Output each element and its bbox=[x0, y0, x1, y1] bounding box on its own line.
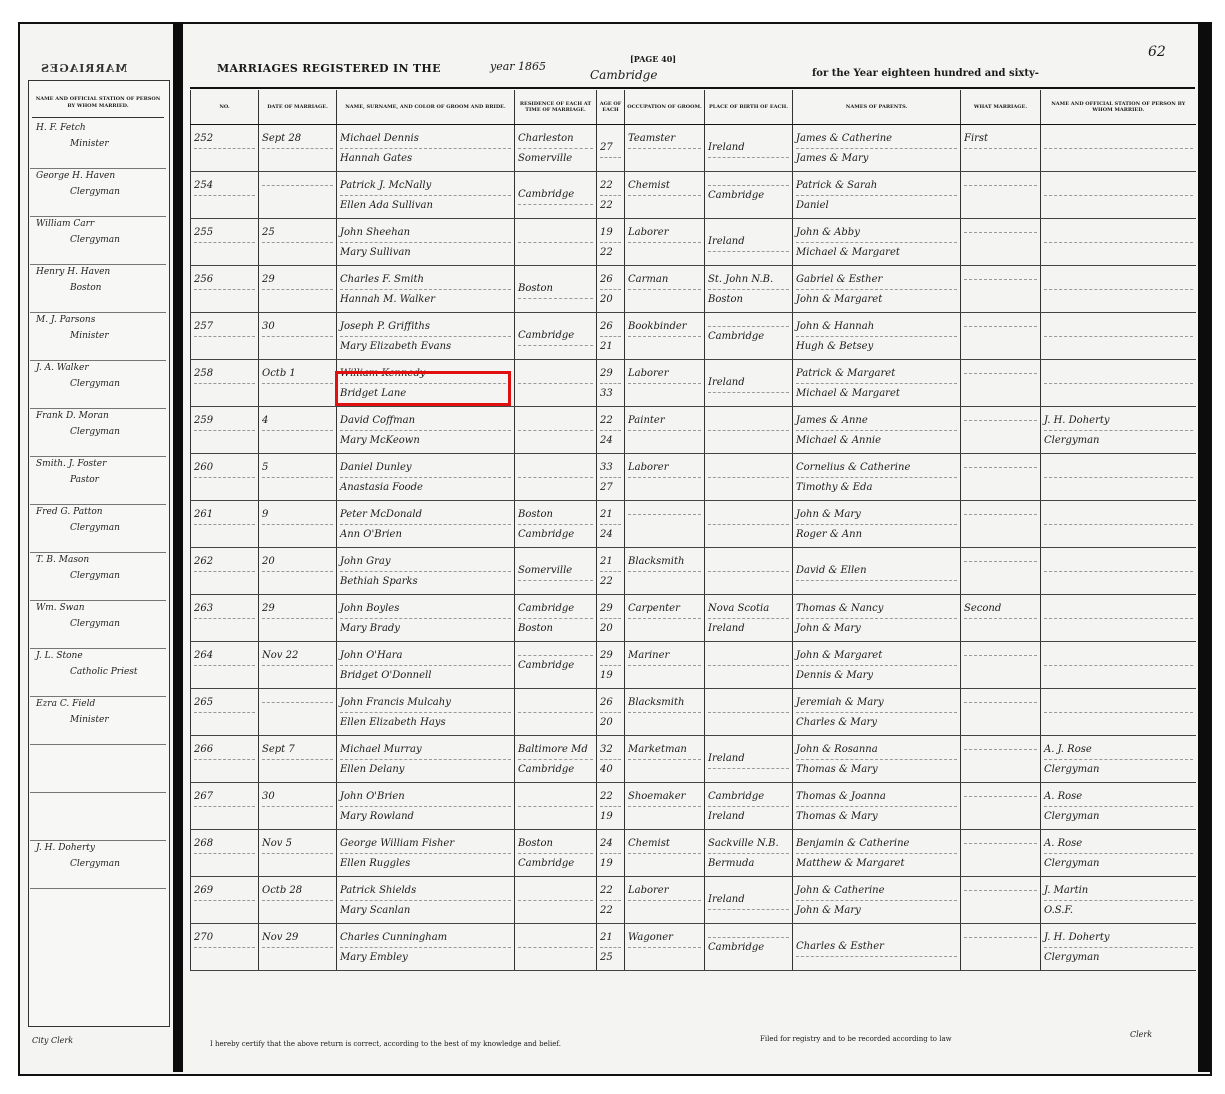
filed-note: Filed for registry and to be recorded ac… bbox=[760, 1035, 952, 1043]
couple-names-line2: Bethiah Sparks bbox=[340, 572, 511, 591]
marriage-order-cell bbox=[961, 548, 1041, 595]
birthplace-line1: Nova Scotia bbox=[708, 599, 789, 619]
column-header: Residence of Each at Time of Marriage. bbox=[515, 90, 597, 125]
occupation-cell: Laborer bbox=[625, 360, 705, 407]
parents-line1: Patrick & Margaret bbox=[796, 364, 957, 384]
ages-line2: 19 bbox=[600, 854, 621, 873]
ages-line1: 21 bbox=[600, 505, 621, 525]
stub-entry: Smith. J. FosterPastor bbox=[30, 456, 166, 505]
occupation-cell: Carman bbox=[625, 266, 705, 313]
parents-cell: Charles & Esther bbox=[793, 924, 961, 971]
parents-cell: Patrick & MargaretMichael & Margaret bbox=[793, 360, 961, 407]
entry-number-line2 bbox=[194, 149, 255, 168]
occupation-line1: Blacksmith bbox=[628, 552, 701, 572]
column-headers: No.Date of Marriage.Name, Surname, and C… bbox=[191, 90, 1196, 125]
officiant-line2: Clergyman bbox=[1044, 760, 1193, 779]
occupation-line2 bbox=[628, 290, 701, 309]
couple-names-line1: John O'Hara bbox=[340, 646, 511, 666]
couple-names-cell: David CoffmanMary McKeown bbox=[337, 407, 515, 454]
occupation-line1: Laborer bbox=[628, 223, 701, 243]
officiant-line1 bbox=[1044, 571, 1193, 572]
entry-number-line2 bbox=[194, 196, 255, 215]
entry-number-cell: 267 bbox=[191, 783, 259, 830]
ages-cell: 2933 bbox=[597, 360, 625, 407]
parents-cell: Jeremiah & MaryCharles & Mary bbox=[793, 689, 961, 736]
entry-number-line1: 265 bbox=[194, 693, 255, 713]
officiant-cell bbox=[1041, 125, 1196, 172]
parents-cell: John & HannahHugh & Betsey bbox=[793, 313, 961, 360]
entry-number-cell: 270 bbox=[191, 924, 259, 971]
officiant-cell: J. H. DohertyClergyman bbox=[1041, 924, 1196, 971]
officiant-line2: O.S.F. bbox=[1044, 901, 1193, 920]
officiant-cell bbox=[1041, 642, 1196, 689]
officiant-line1 bbox=[1044, 477, 1193, 478]
couple-names-line1: John Sheehan bbox=[340, 223, 511, 243]
entry-number-cell: 268 bbox=[191, 830, 259, 877]
entry-number-line1: 255 bbox=[194, 223, 255, 243]
entry-number-line1: 256 bbox=[194, 270, 255, 290]
title-handwritten: year 1865 bbox=[490, 60, 546, 73]
parents-line1: Gabriel & Esther bbox=[796, 270, 957, 290]
entry-number-cell: 257 bbox=[191, 313, 259, 360]
ages-line2: 25 bbox=[600, 948, 621, 967]
birthplace-cell: Ireland bbox=[705, 877, 793, 924]
ages-cell: 2122 bbox=[597, 548, 625, 595]
stub-officiant-name: T. B. Mason bbox=[30, 552, 166, 568]
residence-line2: Cambridge bbox=[518, 525, 593, 544]
stub-officiant-station: Minister bbox=[30, 328, 166, 344]
stub-officiant-station: Minister bbox=[30, 136, 166, 152]
table-row: 267 30 John O'BrienMary Rowland2219Shoem… bbox=[191, 783, 1196, 830]
residence-cell bbox=[515, 877, 597, 924]
marriage-date-line1: 25 bbox=[262, 223, 333, 243]
marriage-date-line2 bbox=[262, 186, 333, 205]
ages-cell: 3240 bbox=[597, 736, 625, 783]
stub-entry: M. J. ParsonsMinister bbox=[30, 312, 166, 361]
marriage-date-line1: 30 bbox=[262, 787, 333, 807]
parents-line1: James & Catherine bbox=[796, 129, 957, 149]
ages-cell: 2222 bbox=[597, 172, 625, 219]
ages-line1: 22 bbox=[600, 787, 621, 807]
ages-line1: 29 bbox=[600, 646, 621, 666]
couple-names-line1: Patrick J. McNally bbox=[340, 176, 511, 196]
parents-cell: Thomas & JoannaThomas & Mary bbox=[793, 783, 961, 830]
couple-names-line1: Michael Dennis bbox=[340, 129, 511, 149]
marriage-order-cell bbox=[961, 501, 1041, 548]
marriage-order-cell: First bbox=[961, 125, 1041, 172]
marriage-order-cell: Second bbox=[961, 595, 1041, 642]
couple-names-line1: Michael Murray bbox=[340, 740, 511, 760]
marriage-date-cell: 9 bbox=[259, 501, 337, 548]
couple-names-line1: William Kennedy bbox=[340, 364, 511, 384]
ages-line2: 22 bbox=[600, 572, 621, 591]
couple-names-line1: John O'Brien bbox=[340, 787, 511, 807]
occupation-cell: Laborer bbox=[625, 454, 705, 501]
officiant-line1 bbox=[1044, 242, 1193, 243]
couple-names-line1: Charles Cunningham bbox=[340, 928, 511, 948]
column-header: Place of Birth of Each. bbox=[705, 90, 793, 125]
couple-names-line2: Ellen Elizabeth Hays bbox=[340, 713, 511, 732]
stub-officiant-name: Henry H. Haven bbox=[30, 264, 166, 280]
birthplace-line1 bbox=[708, 571, 789, 572]
birthplace-line2: Cambridge bbox=[708, 327, 789, 346]
couple-names-cell: John Francis MulcahyEllen Elizabeth Hays bbox=[337, 689, 515, 736]
marriage-date-line2 bbox=[262, 666, 333, 685]
ages-line2: 22 bbox=[600, 901, 621, 920]
residence-line1 bbox=[518, 430, 593, 431]
marriage-date-line1: Nov 22 bbox=[262, 646, 333, 666]
couple-names-line2: Ann O'Brien bbox=[340, 525, 511, 544]
entry-number-cell: 254 bbox=[191, 172, 259, 219]
occupation-cell: Teamster bbox=[625, 125, 705, 172]
entry-number-line1: 257 bbox=[194, 317, 255, 337]
officiant-line1: A. J. Rose bbox=[1044, 740, 1193, 760]
occupation-line2 bbox=[628, 713, 701, 732]
ages-cell: 2219 bbox=[597, 783, 625, 830]
couple-names-line2: Mary Scanlan bbox=[340, 901, 511, 920]
ages-cell: 3327 bbox=[597, 454, 625, 501]
entry-number-line2 bbox=[194, 807, 255, 826]
couple-names-line2: Mary Embley bbox=[340, 948, 511, 967]
officiant-cell bbox=[1041, 266, 1196, 313]
marriage-order-line2 bbox=[964, 515, 1037, 534]
residence-cell: CambridgeBoston bbox=[515, 595, 597, 642]
residence-line1: Cambridge bbox=[518, 326, 593, 346]
birthplace-line1: Cambridge bbox=[708, 787, 789, 807]
couple-names-line2: Ellen Delany bbox=[340, 760, 511, 779]
entry-number-line2 bbox=[194, 478, 255, 497]
ages-line1: 22 bbox=[600, 881, 621, 901]
page-label: [PAGE 40] bbox=[630, 54, 676, 64]
couple-names-line2: Ellen Ada Sullivan bbox=[340, 196, 511, 215]
officiant-cell bbox=[1041, 548, 1196, 595]
birthplace-cell: Cambridge bbox=[705, 924, 793, 971]
page-title: MARRIAGES REGISTERED IN THE bbox=[217, 62, 441, 75]
stub-entry: George H. HavenClergyman bbox=[30, 168, 166, 217]
ages-line1: 19 bbox=[600, 223, 621, 243]
couple-names-line1: George William Fisher bbox=[340, 834, 511, 854]
parents-line2: Michael & Margaret bbox=[796, 384, 957, 403]
parents-line2: Timothy & Eda bbox=[796, 478, 957, 497]
parents-line2: Roger & Ann bbox=[796, 525, 957, 544]
table-row: 255 25 John SheehanMary Sullivan1922Labo… bbox=[191, 219, 1196, 266]
stub-entry: J. H. DohertyClergyman bbox=[30, 840, 166, 889]
officiant-cell: A. RoseClergyman bbox=[1041, 783, 1196, 830]
ages-cell: 2224 bbox=[597, 407, 625, 454]
certification-text: I hereby certify that the above return i… bbox=[210, 1040, 561, 1048]
officiant-cell bbox=[1041, 501, 1196, 548]
residence-line2: Cambridge bbox=[518, 760, 593, 779]
marriage-date-cell: 29 bbox=[259, 266, 337, 313]
stub-title: MARRIAGES bbox=[40, 62, 127, 75]
entry-number-cell: 269 bbox=[191, 877, 259, 924]
birthplace-line2: Ireland bbox=[708, 619, 789, 638]
couple-names-cell: Peter McDonaldAnn O'Brien bbox=[337, 501, 515, 548]
stub-officiant-name: William Carr bbox=[30, 216, 166, 232]
entry-number-line2 bbox=[194, 666, 255, 685]
couple-names-line2: Mary McKeown bbox=[340, 431, 511, 450]
parents-line1: John & Rosanna bbox=[796, 740, 957, 760]
marriage-date-cell bbox=[259, 689, 337, 736]
parents-line2: Daniel bbox=[796, 196, 957, 215]
entry-number-cell: 265 bbox=[191, 689, 259, 736]
register-table: No.Date of Marriage.Name, Surname, and C… bbox=[190, 90, 1196, 971]
marriage-date-line1: 5 bbox=[262, 458, 333, 478]
couple-names-line1: Charles F. Smith bbox=[340, 270, 511, 290]
officiant-cell bbox=[1041, 313, 1196, 360]
parents-line2: James & Mary bbox=[796, 149, 957, 168]
marriage-date-line1: Octb 28 bbox=[262, 881, 333, 901]
marriage-date-line2 bbox=[262, 478, 333, 497]
marriage-order-line2 bbox=[964, 938, 1037, 957]
residence-line1: Cambridge bbox=[518, 185, 593, 205]
parents-line1: James & Anne bbox=[796, 411, 957, 431]
parents-line2: Dennis & Mary bbox=[796, 666, 957, 685]
marriage-order-cell bbox=[961, 407, 1041, 454]
parents-line2: Thomas & Mary bbox=[796, 760, 957, 779]
stub-entry bbox=[30, 744, 166, 793]
birthplace-line1: Ireland bbox=[708, 232, 789, 252]
birthplace-cell bbox=[705, 454, 793, 501]
officiant-cell bbox=[1041, 360, 1196, 407]
residence-line1 bbox=[518, 947, 593, 948]
couple-names-cell: Charles CunninghamMary Embley bbox=[337, 924, 515, 971]
marriage-date-cell: Octb 28 bbox=[259, 877, 337, 924]
column-header: Occupation of Groom. bbox=[625, 90, 705, 125]
marriage-order-line2 bbox=[964, 233, 1037, 252]
residence-line1: Baltimore Md bbox=[518, 740, 593, 760]
officiant-cell: A. RoseClergyman bbox=[1041, 830, 1196, 877]
entry-number-line2 bbox=[194, 431, 255, 450]
birthplace-cell: Cambridge bbox=[705, 313, 793, 360]
marriage-date-cell: Sept 28 bbox=[259, 125, 337, 172]
stub-entry: Ezra C. FieldMinister bbox=[30, 696, 166, 745]
entry-number-line2 bbox=[194, 713, 255, 732]
header-rule bbox=[190, 87, 1195, 89]
marriage-date-line2 bbox=[262, 243, 333, 262]
table-row: 257 30 Joseph P. GriffithsMary Elizabeth… bbox=[191, 313, 1196, 360]
marriage-date-line2 bbox=[262, 901, 333, 920]
officiant-line1 bbox=[1044, 618, 1193, 619]
residence-line2: Cambridge bbox=[518, 656, 593, 675]
ages-line2: 20 bbox=[600, 619, 621, 638]
marriage-date-cell: Nov 5 bbox=[259, 830, 337, 877]
stub-entry: T. B. MasonClergyman bbox=[30, 552, 166, 601]
stub-entry: Frank D. MoranClergyman bbox=[30, 408, 166, 457]
stub-officiant-station: Clergyman bbox=[30, 184, 166, 200]
occupation-cell bbox=[625, 501, 705, 548]
table-row: 256 29 Charles F. SmithHannah M. WalkerB… bbox=[191, 266, 1196, 313]
parents-line1: Cornelius & Catherine bbox=[796, 458, 957, 478]
entry-number-line2 bbox=[194, 243, 255, 262]
entry-number-line2 bbox=[194, 854, 255, 873]
marriage-date-line1: 29 bbox=[262, 599, 333, 619]
marriage-date-line1: Sept 28 bbox=[262, 129, 333, 149]
officiant-line1: J. H. Doherty bbox=[1044, 928, 1193, 948]
couple-names-line1: Joseph P. Griffiths bbox=[340, 317, 511, 337]
residence-line1 bbox=[518, 477, 593, 478]
birthplace-cell bbox=[705, 407, 793, 454]
occupation-cell: Blacksmith bbox=[625, 689, 705, 736]
occupation-line2 bbox=[628, 478, 701, 497]
birthplace-cell bbox=[705, 501, 793, 548]
parents-line1: Charles & Esther bbox=[796, 937, 957, 957]
table-row: 264 Nov 22 John O'HaraBridget O'DonnellC… bbox=[191, 642, 1196, 689]
entry-number-line2 bbox=[194, 384, 255, 403]
marriage-order-cell bbox=[961, 266, 1041, 313]
parents-line1: Thomas & Joanna bbox=[796, 787, 957, 807]
ages-line1: 33 bbox=[600, 458, 621, 478]
ages-line2: 24 bbox=[600, 431, 621, 450]
stub-officiant-name: Ezra C. Field bbox=[30, 696, 166, 712]
entry-number-cell: 261 bbox=[191, 501, 259, 548]
birthplace-line1: St. John N.B. bbox=[708, 270, 789, 290]
table-row: 261 9 Peter McDonaldAnn O'BrienBostonCam… bbox=[191, 501, 1196, 548]
birthplace-line1: Sackville N.B. bbox=[708, 834, 789, 854]
entry-number-line1: 264 bbox=[194, 646, 255, 666]
entry-number-line1: 263 bbox=[194, 599, 255, 619]
marriage-date-line2 bbox=[262, 760, 333, 779]
stub-officiant-name: Smith. J. Foster bbox=[30, 456, 166, 472]
birthplace-cell bbox=[705, 548, 793, 595]
officiant-cell bbox=[1041, 689, 1196, 736]
stub-entry: H. F. FetchMinister bbox=[30, 120, 166, 169]
entry-number-line1: 259 bbox=[194, 411, 255, 431]
residence-cell: BostonCambridge bbox=[515, 830, 597, 877]
birthplace-cell: Ireland bbox=[705, 736, 793, 783]
parents-line1: David & Ellen bbox=[796, 561, 957, 581]
marriage-date-line2 bbox=[262, 525, 333, 544]
table-row: 266 Sept 7 Michael MurrayEllen DelanyBal… bbox=[191, 736, 1196, 783]
marriage-order-line2 bbox=[964, 374, 1037, 393]
table-row: 263 29 John BoylesMary BradyCambridgeBos… bbox=[191, 595, 1196, 642]
entry-number-line1: 262 bbox=[194, 552, 255, 572]
marriage-date-cell: Nov 22 bbox=[259, 642, 337, 689]
occupation-line2 bbox=[628, 384, 701, 403]
officiant-line2: Clergyman bbox=[1044, 431, 1193, 450]
stub-officiant-name: Frank D. Moran bbox=[30, 408, 166, 424]
entry-number-line1: 270 bbox=[194, 928, 255, 948]
couple-names-line1: John Gray bbox=[340, 552, 511, 572]
parents-line1: Patrick & Sarah bbox=[796, 176, 957, 196]
occupation-line1: Laborer bbox=[628, 881, 701, 901]
residence-cell bbox=[515, 360, 597, 407]
entry-number-line1: 260 bbox=[194, 458, 255, 478]
officiant-line1 bbox=[1044, 195, 1193, 196]
stub-entry bbox=[30, 792, 166, 841]
residence-cell bbox=[515, 924, 597, 971]
occupation-cell: Laborer bbox=[625, 877, 705, 924]
marriage-date-cell: 20 bbox=[259, 548, 337, 595]
marriage-order-cell bbox=[961, 877, 1041, 924]
ages-line1: 29 bbox=[600, 599, 621, 619]
stub-officiant-name: George H. Haven bbox=[30, 168, 166, 184]
couple-names-line2: Ellen Ruggles bbox=[340, 854, 511, 873]
couple-names-cell: Daniel DunleyAnastasia Foode bbox=[337, 454, 515, 501]
residence-cell bbox=[515, 407, 597, 454]
parents-line1: John & Catherine bbox=[796, 881, 957, 901]
occupation-line2 bbox=[628, 337, 701, 356]
occupation-line2 bbox=[628, 807, 701, 826]
marriage-order-line2 bbox=[964, 797, 1037, 816]
marriage-date-line1: Nov 5 bbox=[262, 834, 333, 854]
occupation-line2 bbox=[628, 243, 701, 262]
couple-names-line2: Hannah Gates bbox=[340, 149, 511, 168]
ages-cell: 2124 bbox=[597, 501, 625, 548]
stub-entry: Wm. SwanClergyman bbox=[30, 600, 166, 649]
couple-names-cell: John SheehanMary Sullivan bbox=[337, 219, 515, 266]
ages-line1: 24 bbox=[600, 834, 621, 854]
stub-officiant-station: Minister bbox=[30, 712, 166, 728]
marriage-date-line2 bbox=[262, 807, 333, 826]
couple-names-cell: George William FisherEllen Ruggles bbox=[337, 830, 515, 877]
officiant-cell: J. H. DohertyClergyman bbox=[1041, 407, 1196, 454]
marriage-order-line2 bbox=[964, 844, 1037, 863]
residence-line1 bbox=[518, 383, 593, 384]
birthplace-cell: Sackville N.B.Bermuda bbox=[705, 830, 793, 877]
stub-officiant-name: J. L. Stone bbox=[30, 648, 166, 664]
officiant-cell bbox=[1041, 595, 1196, 642]
occupation-line2 bbox=[628, 619, 701, 638]
marriage-date-line2 bbox=[262, 431, 333, 450]
birthplace-line2: Cambridge bbox=[708, 938, 789, 957]
officiant-line1 bbox=[1044, 148, 1193, 149]
marriage-date-cell: 29 bbox=[259, 595, 337, 642]
entry-number-line1: 266 bbox=[194, 740, 255, 760]
residence-line1 bbox=[518, 806, 593, 807]
ages-line2: 27 bbox=[600, 478, 621, 497]
occupation-cell: Laborer bbox=[625, 219, 705, 266]
ages-cell: 1922 bbox=[597, 219, 625, 266]
occupation-cell: Marketman bbox=[625, 736, 705, 783]
marriage-order-line2 bbox=[964, 186, 1037, 205]
birthplace-line1: Ireland bbox=[708, 373, 789, 393]
occupation-line1: Teamster bbox=[628, 129, 701, 149]
occupation-line2 bbox=[628, 854, 701, 873]
marriage-order-cell bbox=[961, 736, 1041, 783]
occupation-line2 bbox=[628, 572, 701, 591]
marriage-order-line2 bbox=[964, 327, 1037, 346]
marriage-date-line2 bbox=[262, 149, 333, 168]
marriage-order-line2 bbox=[964, 750, 1037, 769]
register-sheet: MARRIAGES REGISTERED IN THE year 1865 [P… bbox=[190, 40, 1200, 1070]
ages-line1: 22 bbox=[600, 411, 621, 431]
couple-names-cell: John O'HaraBridget O'Donnell bbox=[337, 642, 515, 689]
marriage-date-line2 bbox=[262, 290, 333, 309]
entry-number-cell: 252 bbox=[191, 125, 259, 172]
parents-line1: John & Abby bbox=[796, 223, 957, 243]
marriage-date-line2 bbox=[262, 854, 333, 873]
birthplace-line1 bbox=[708, 665, 789, 666]
couple-names-line1: David Coffman bbox=[340, 411, 511, 431]
stub-officiant-station: Clergyman bbox=[30, 424, 166, 440]
column-header: No. bbox=[191, 90, 259, 125]
marriage-order-line2 bbox=[964, 703, 1037, 722]
couple-names-line2: Bridget O'Donnell bbox=[340, 666, 511, 685]
officiant-line1 bbox=[1044, 383, 1193, 384]
officiant-cell bbox=[1041, 454, 1196, 501]
occupation-line1: Chemist bbox=[628, 834, 701, 854]
ages-line2: 21 bbox=[600, 337, 621, 356]
birthplace-line2: Ireland bbox=[708, 807, 789, 826]
marriage-date-cell: 25 bbox=[259, 219, 337, 266]
parents-cell: Thomas & NancyJohn & Mary bbox=[793, 595, 961, 642]
officiant-cell: A. J. RoseClergyman bbox=[1041, 736, 1196, 783]
ages-line1: 26 bbox=[600, 693, 621, 713]
couple-names-cell: John O'BrienMary Rowland bbox=[337, 783, 515, 830]
birthplace-cell: Ireland bbox=[705, 360, 793, 407]
stub-officiant-name: M. J. Parsons bbox=[30, 312, 166, 328]
